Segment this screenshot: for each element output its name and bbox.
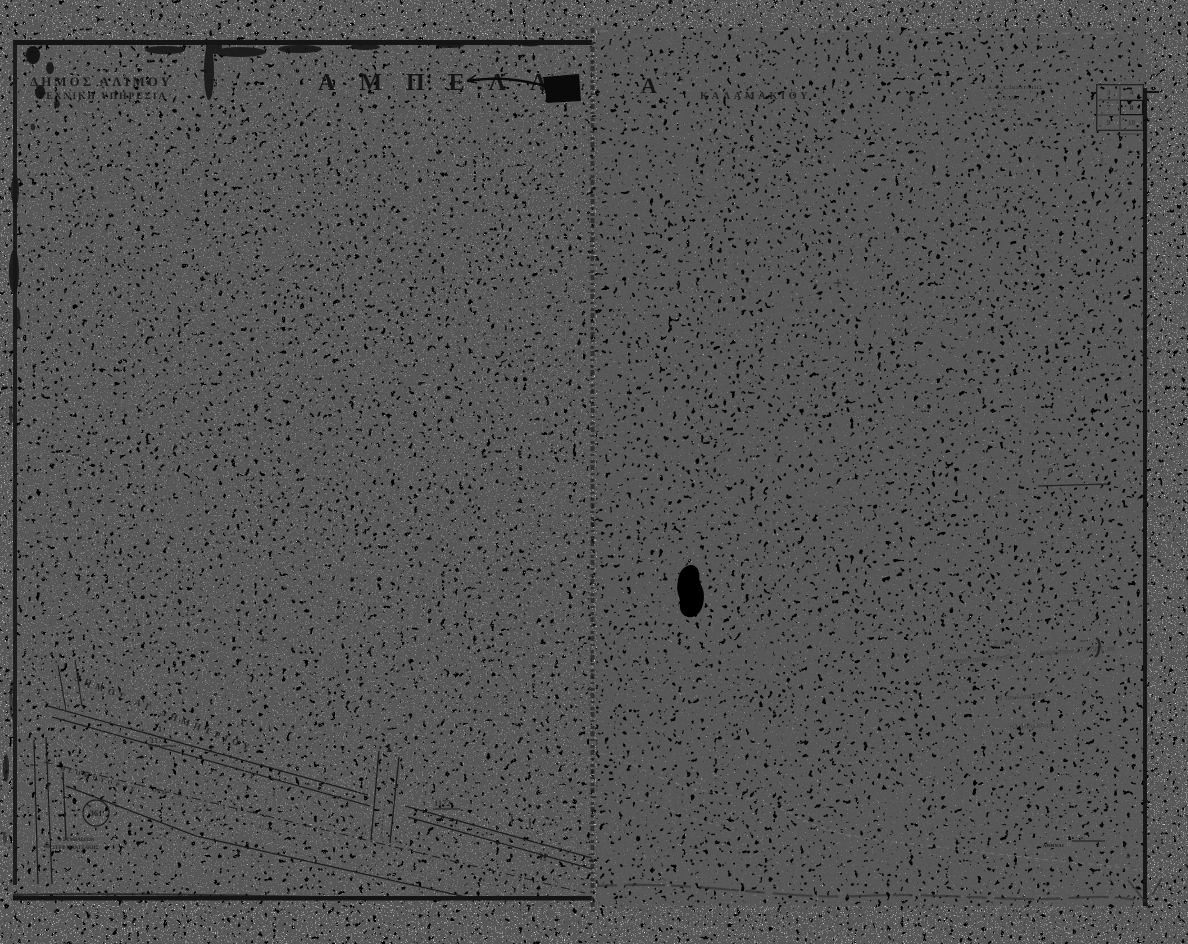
index-cell: 9 [1097, 115, 1120, 130]
agency-name: ΔΗΜΟΣ ΑΛΙΜΟΥ [30, 74, 173, 90]
index-cell: 7 [1097, 100, 1120, 115]
legend-line3: Φ. 15 [992, 108, 1009, 113]
agency-department: ΤΕΧΝΙΚΗ ΥΠΗΡΕΣΙΑ [38, 92, 167, 102]
index-cell: 3 [1097, 85, 1120, 100]
handwritten-note-3: εγκεκριμένου 27.4.88 Γ.αα [1032, 645, 1115, 658]
athens-label: ΑΘΗΝΑΙ [1043, 843, 1064, 848]
handwritten-date: 31 Ιουλίου 198. [995, 692, 1047, 703]
handwritten-note-2: του ρυμοτομικού σχεδίου [942, 653, 1020, 665]
index-cell-current-sheet: 8 [1120, 100, 1143, 115]
handwritten-note-1: Γ.Σ 654 μ. [988, 639, 1020, 648]
index-cell: 10 [1120, 115, 1143, 130]
legend-line1: Α.Φ.Χ. ΠΕΙΡΑΙΩΣ [988, 86, 1044, 91]
sheet-title-part2: Α [641, 73, 657, 99]
handwritten-signature-title: Ο Διευθυντής [1012, 721, 1057, 731]
sheet-title-part1: ΑΜΠΕΛΑ [318, 70, 571, 97]
legend-line2: Κ. 1:2.000 [988, 97, 1020, 102]
index-outside-number: 6 [1085, 100, 1088, 105]
index-map-grid: 3 4 7 8 9 10 [1096, 84, 1144, 131]
text-layer: ΔΗΜΟΣ ΑΛΙΜΟΥ ΤΕΧΝΙΚΗ ΥΠΗΡΕΣΙΑ ΑΜΠΕΛΑ Α Κ… [0, 0, 1188, 944]
rho-mark: ρ [1048, 464, 1053, 476]
index-outside-number: 2 [1087, 78, 1090, 83]
sheet-title-part3: ΚΑΛΑΜΑΚΙΟΥ [700, 91, 811, 102]
index-cell: 4 [1120, 85, 1143, 100]
scanned-map-sheet: ΔΗΜΟΣ ΑΓ ΔΗΜΗΤΡΙΟΥ ΘΕΟΜΗΤΟΡΟΣ 100 Μ 1171… [0, 0, 1188, 944]
